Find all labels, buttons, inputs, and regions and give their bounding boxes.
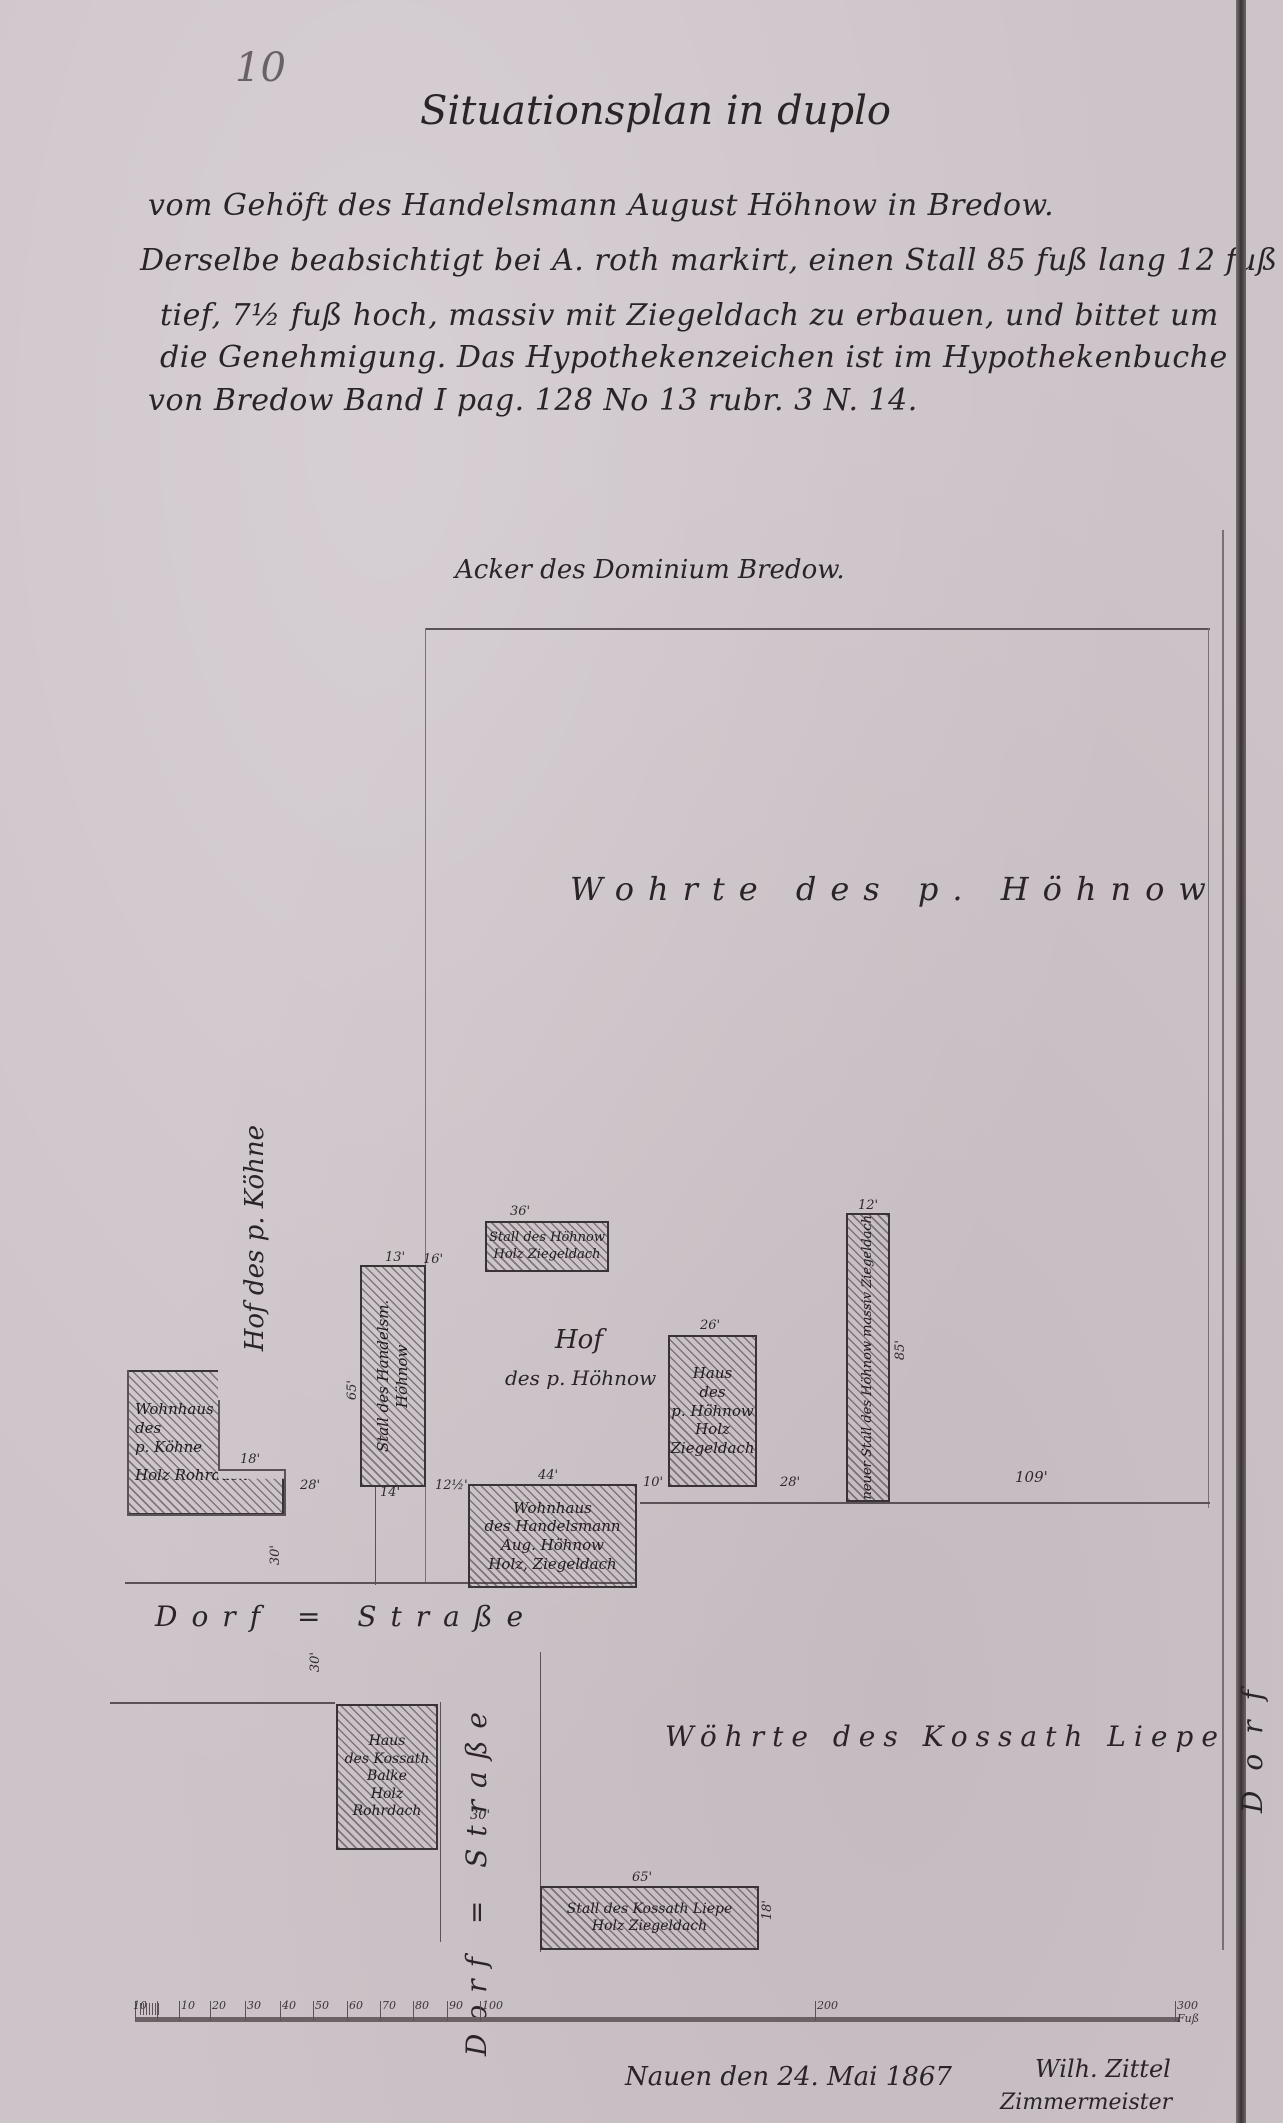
scale-tick [480, 2001, 481, 2021]
building-text: Holz [371, 1786, 404, 1804]
dim-liepe-side: 18' [760, 1900, 775, 1920]
scale-tick [447, 2001, 448, 2021]
scale-label: 80 [415, 1999, 429, 2012]
scale-tick [210, 2001, 211, 2021]
building-text: Holz [695, 1420, 730, 1439]
koehne-outline-top [127, 1370, 129, 1515]
dim-stall-north-side: 16' [423, 1252, 443, 1267]
dim-neuer-stall-top: 12' [858, 1198, 878, 1213]
building-text: Ziegeldach [671, 1439, 755, 1458]
label-dorf-margin: Dorf [1236, 1670, 1269, 1813]
building-text: Haus [693, 1364, 732, 1383]
building-text: des [135, 1419, 161, 1438]
place-date: Nauen den 24. Mai 1867 [625, 2062, 952, 2092]
label-wohrte-liepe: Wöhrte des Kossath Liepe [665, 1720, 1226, 1753]
dim-wohnhaus-top: 44' [538, 1468, 558, 1483]
scale-tick [347, 2001, 348, 2021]
dim-street-width: 30' [268, 1545, 283, 1565]
building-text: Rohrdach [353, 1803, 422, 1821]
divider-line [375, 1485, 376, 1585]
building-wohnhaus-koehne: Wohnhaus des p. Köhne Holz Rohrdach [127, 1370, 284, 1515]
scale-tick [313, 2001, 314, 2021]
building-text: Stall des Kossath Liepe [567, 1901, 732, 1919]
building-text: Wohnhaus [513, 1499, 592, 1518]
dim-haus-top: 26' [700, 1318, 720, 1333]
label-hof: Hof [505, 1320, 656, 1362]
koehne-outline-bottom [127, 1514, 286, 1516]
scale-bar: 10 10 20 30 40 50 60 70 80 90 100 200 30… [135, 2017, 1180, 2022]
building-stall-hoehnow-north: Stall des Höhnow Holz Ziegeldach [485, 1221, 609, 1272]
building-text: p. Höhnow [671, 1402, 753, 1421]
building-wohnhaus-hoehnow: Wohnhaus des Handelsmann Aug. Höhnow Hol… [468, 1484, 637, 1588]
building-text: des Handelsmann [484, 1517, 620, 1536]
scale-label: 20 [212, 1999, 226, 2012]
scale-label: 10 [181, 1999, 195, 2012]
page-number-mark: 10 [235, 45, 286, 91]
dim-neuer-stall-side: 85' [893, 1340, 908, 1360]
scale-label: 90 [449, 1999, 463, 2012]
dim-haus-right: 28' [780, 1475, 800, 1490]
dim-neuer-stall-right: 109' [1015, 1468, 1048, 1486]
scale-label: 300 Fuß [1177, 1999, 1199, 2025]
label-hof-koehne: Hof des p. Köhne [240, 1125, 270, 1351]
building-text: neuer Stall des Höhnow massiv Ziegeldach [860, 1215, 876, 1499]
scale-tick [280, 2001, 281, 2021]
building-text: Haus [369, 1733, 406, 1751]
building-stall-liepe: Stall des Kossath Liepe Holz Ziegeldach [540, 1886, 759, 1950]
plot-top-line [425, 628, 1210, 630]
dim-stall-west-side: 65' [345, 1380, 360, 1400]
dim-balke-side: 30' [470, 1808, 490, 1823]
dim-wohnhaus-left: 12½' [435, 1478, 468, 1493]
dim-stall-west-top: 13' [385, 1250, 405, 1265]
scale-label: 70 [382, 1999, 396, 2012]
header-line-2: Derselbe beabsichtigt bei A. roth markir… [140, 243, 1277, 278]
building-text: Aug. Höhnow [501, 1536, 604, 1555]
building-text: Stall des Höhnow [489, 1230, 605, 1246]
signature-title: Zimmermeister [1000, 2090, 1172, 2115]
scale-tick [413, 2001, 414, 2021]
building-neuer-stall: neuer Stall des Höhnow massiv Ziegeldach [846, 1213, 890, 1502]
building-text: p. Köhne [135, 1438, 202, 1457]
scale-label: 40 [282, 1999, 296, 2012]
building-text: Holz Ziegeldach [592, 1918, 707, 1936]
plot-south-line [640, 1502, 1210, 1504]
koehne-outline-step [218, 1400, 220, 1470]
street-south-line [110, 1702, 335, 1704]
building-text: Wohnhaus [135, 1400, 214, 1419]
scale-tick [380, 2001, 381, 2021]
scale-tick [1175, 2001, 1176, 2021]
scale-minor-ticks [140, 2003, 160, 2015]
vertical-street-line-left [440, 1702, 441, 1942]
label-hof-hoehnow: Hof des p. Höhnow [505, 1320, 656, 1394]
building-text: des [699, 1383, 725, 1402]
building-text: des Kossath [345, 1751, 430, 1769]
scale-label: 100 [482, 1999, 503, 2012]
koehne-outline-right [284, 1469, 286, 1516]
dim-koehne-side: 28' [300, 1478, 320, 1493]
building-haus-hoehnow: Haus des p. Höhnow Holz Ziegeldach [668, 1335, 757, 1487]
building-text: Balke [367, 1768, 407, 1786]
scale-label: 50 [315, 1999, 329, 2012]
header-line-3: tief, 7½ fuß hoch, massiv mit Ziegeldach… [160, 298, 1219, 333]
scale-label: 30 [247, 1999, 261, 2012]
header-line-1: vom Gehöft des Handelsmann August Höhnow… [148, 188, 1054, 223]
building-text: Holz, Ziegeldach [488, 1555, 616, 1574]
header-line-4: die Genehmigung. Das Hypothekenzeichen i… [160, 340, 1228, 375]
scale-tick [815, 2001, 816, 2021]
header-line-5: von Bredow Band I pag. 128 No 13 rubr. 3… [148, 383, 918, 418]
scale-tick [245, 2001, 246, 2021]
building-haus-balke: Haus des Kossath Balke Holz Rohrdach [336, 1704, 438, 1850]
dim-haus-left: 10' [643, 1475, 663, 1490]
dim-liepe-top: 65' [632, 1870, 652, 1885]
building-stall-hoehnow-west: Stall des Handelsm. Höhnow [360, 1265, 426, 1487]
label-hof-owner: des p. Höhnow [505, 1362, 656, 1394]
koehne-outline-step-h [218, 1469, 286, 1471]
building-text: Holz Ziegeldach [493, 1247, 600, 1263]
plot-right-line [1208, 628, 1209, 1508]
scale-label: 200 [817, 1999, 838, 2012]
scale-label: 60 [349, 1999, 363, 2012]
label-acker-dominium: Acker des Dominium Bredow. [455, 555, 845, 585]
document-title: Situationsplan in duplo [420, 88, 891, 134]
dim-stall-west-bottom: 14' [380, 1485, 400, 1500]
dim-street-width-2: 30' [308, 1652, 323, 1672]
label-dorfstrasse-horizontal: Dorf = Straße [155, 1600, 537, 1633]
dim-stall-north-top: 36' [510, 1204, 530, 1219]
scale-tick [179, 2001, 180, 2021]
dim-koehne-top: 18' [240, 1452, 260, 1467]
signature: Wilh. Zittel [1035, 2055, 1171, 2083]
building-text: Stall des Handelsm. Höhnow [374, 1267, 412, 1485]
label-wohrte-hoehnow: Wohrte des p. Höhnow [570, 870, 1220, 908]
